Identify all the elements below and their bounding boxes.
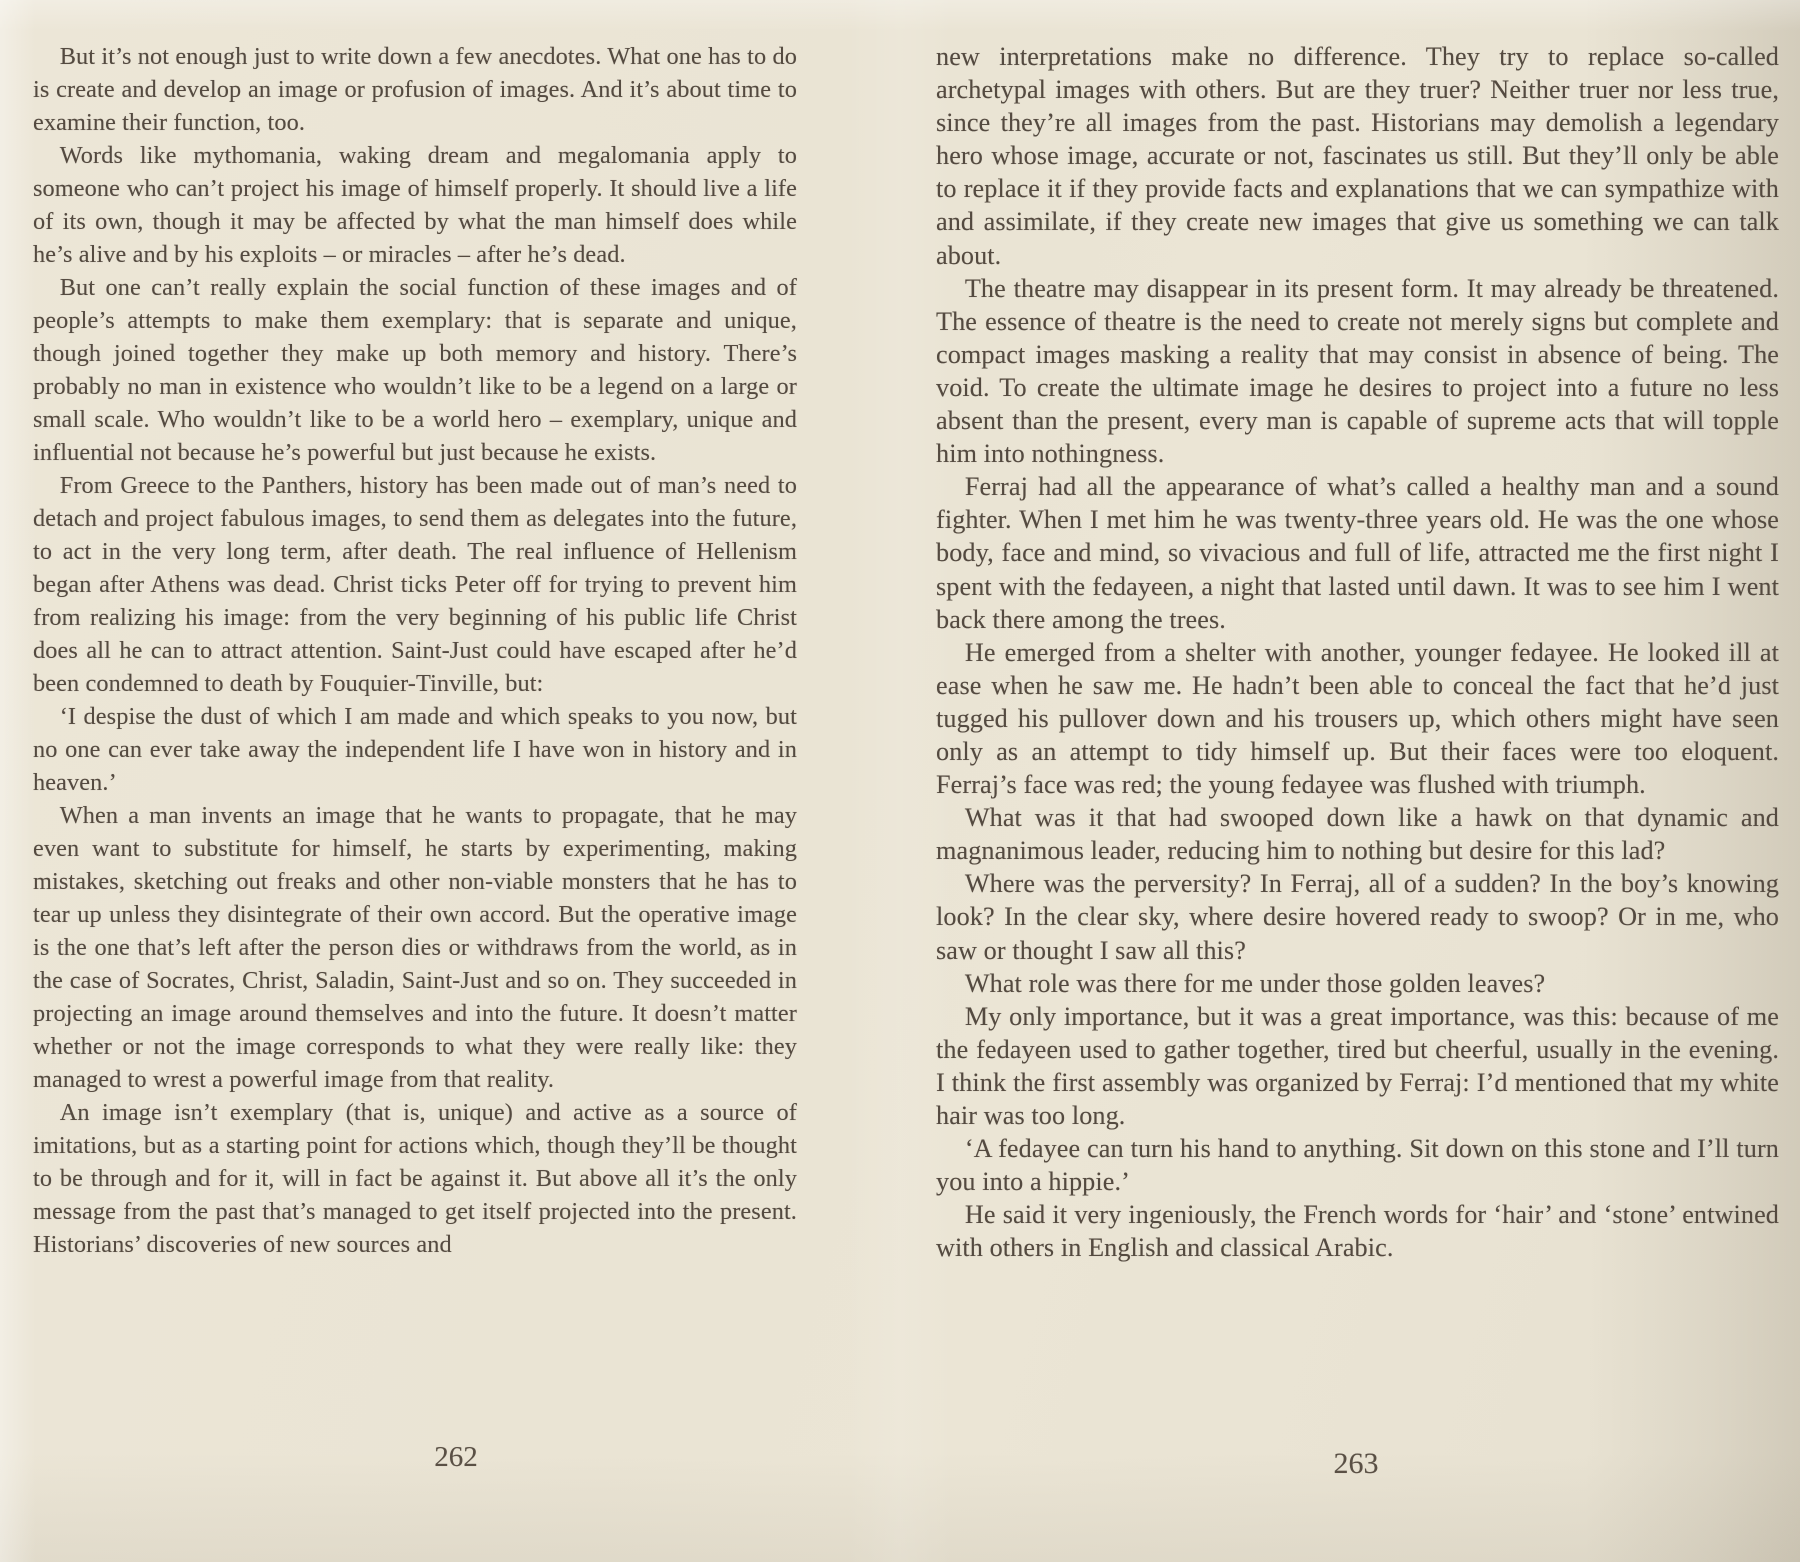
- paragraph: But it’s not enough just to write down a…: [33, 40, 797, 139]
- page-right-text-column: new interpretations make no difference. …: [936, 40, 1779, 1264]
- paragraph: ‘A fedayee can turn his hand to anything…: [936, 1132, 1779, 1198]
- page-number-right: 263: [1281, 1447, 1431, 1481]
- paragraph: But one can’t really explain the social …: [33, 271, 797, 469]
- paragraph: Words like mythomania, waking dream and …: [33, 139, 797, 271]
- paragraph: When a man invents an image that he want…: [33, 799, 797, 1096]
- paragraph: ‘I despise the dust of which I am made a…: [33, 700, 797, 799]
- paragraph: He said it very ingeniously, the French …: [936, 1198, 1779, 1264]
- paragraph: new interpretations make no difference. …: [936, 40, 1779, 272]
- paragraph: The theatre may disappear in its present…: [936, 272, 1779, 471]
- paragraph: Where was the perversity? In Ferraj, all…: [936, 867, 1779, 966]
- paragraph: What role was there for me under those g…: [936, 967, 1779, 1000]
- book-spread: But it’s not enough just to write down a…: [0, 0, 1800, 1562]
- paragraph: What was it that had swooped down like a…: [936, 801, 1779, 867]
- page-left-text-column: But it’s not enough just to write down a…: [33, 40, 797, 1261]
- paragraph: An image isn’t exemplary (that is, uniqu…: [33, 1096, 797, 1261]
- paragraph: He emerged from a shelter with another, …: [936, 636, 1779, 801]
- paragraph: From Greece to the Panthers, history has…: [33, 469, 797, 700]
- paragraph: Ferraj had all the appearance of what’s …: [936, 470, 1779, 635]
- paragraph: My only importance, but it was a great i…: [936, 1000, 1779, 1132]
- page-number-left: 262: [381, 1441, 531, 1474]
